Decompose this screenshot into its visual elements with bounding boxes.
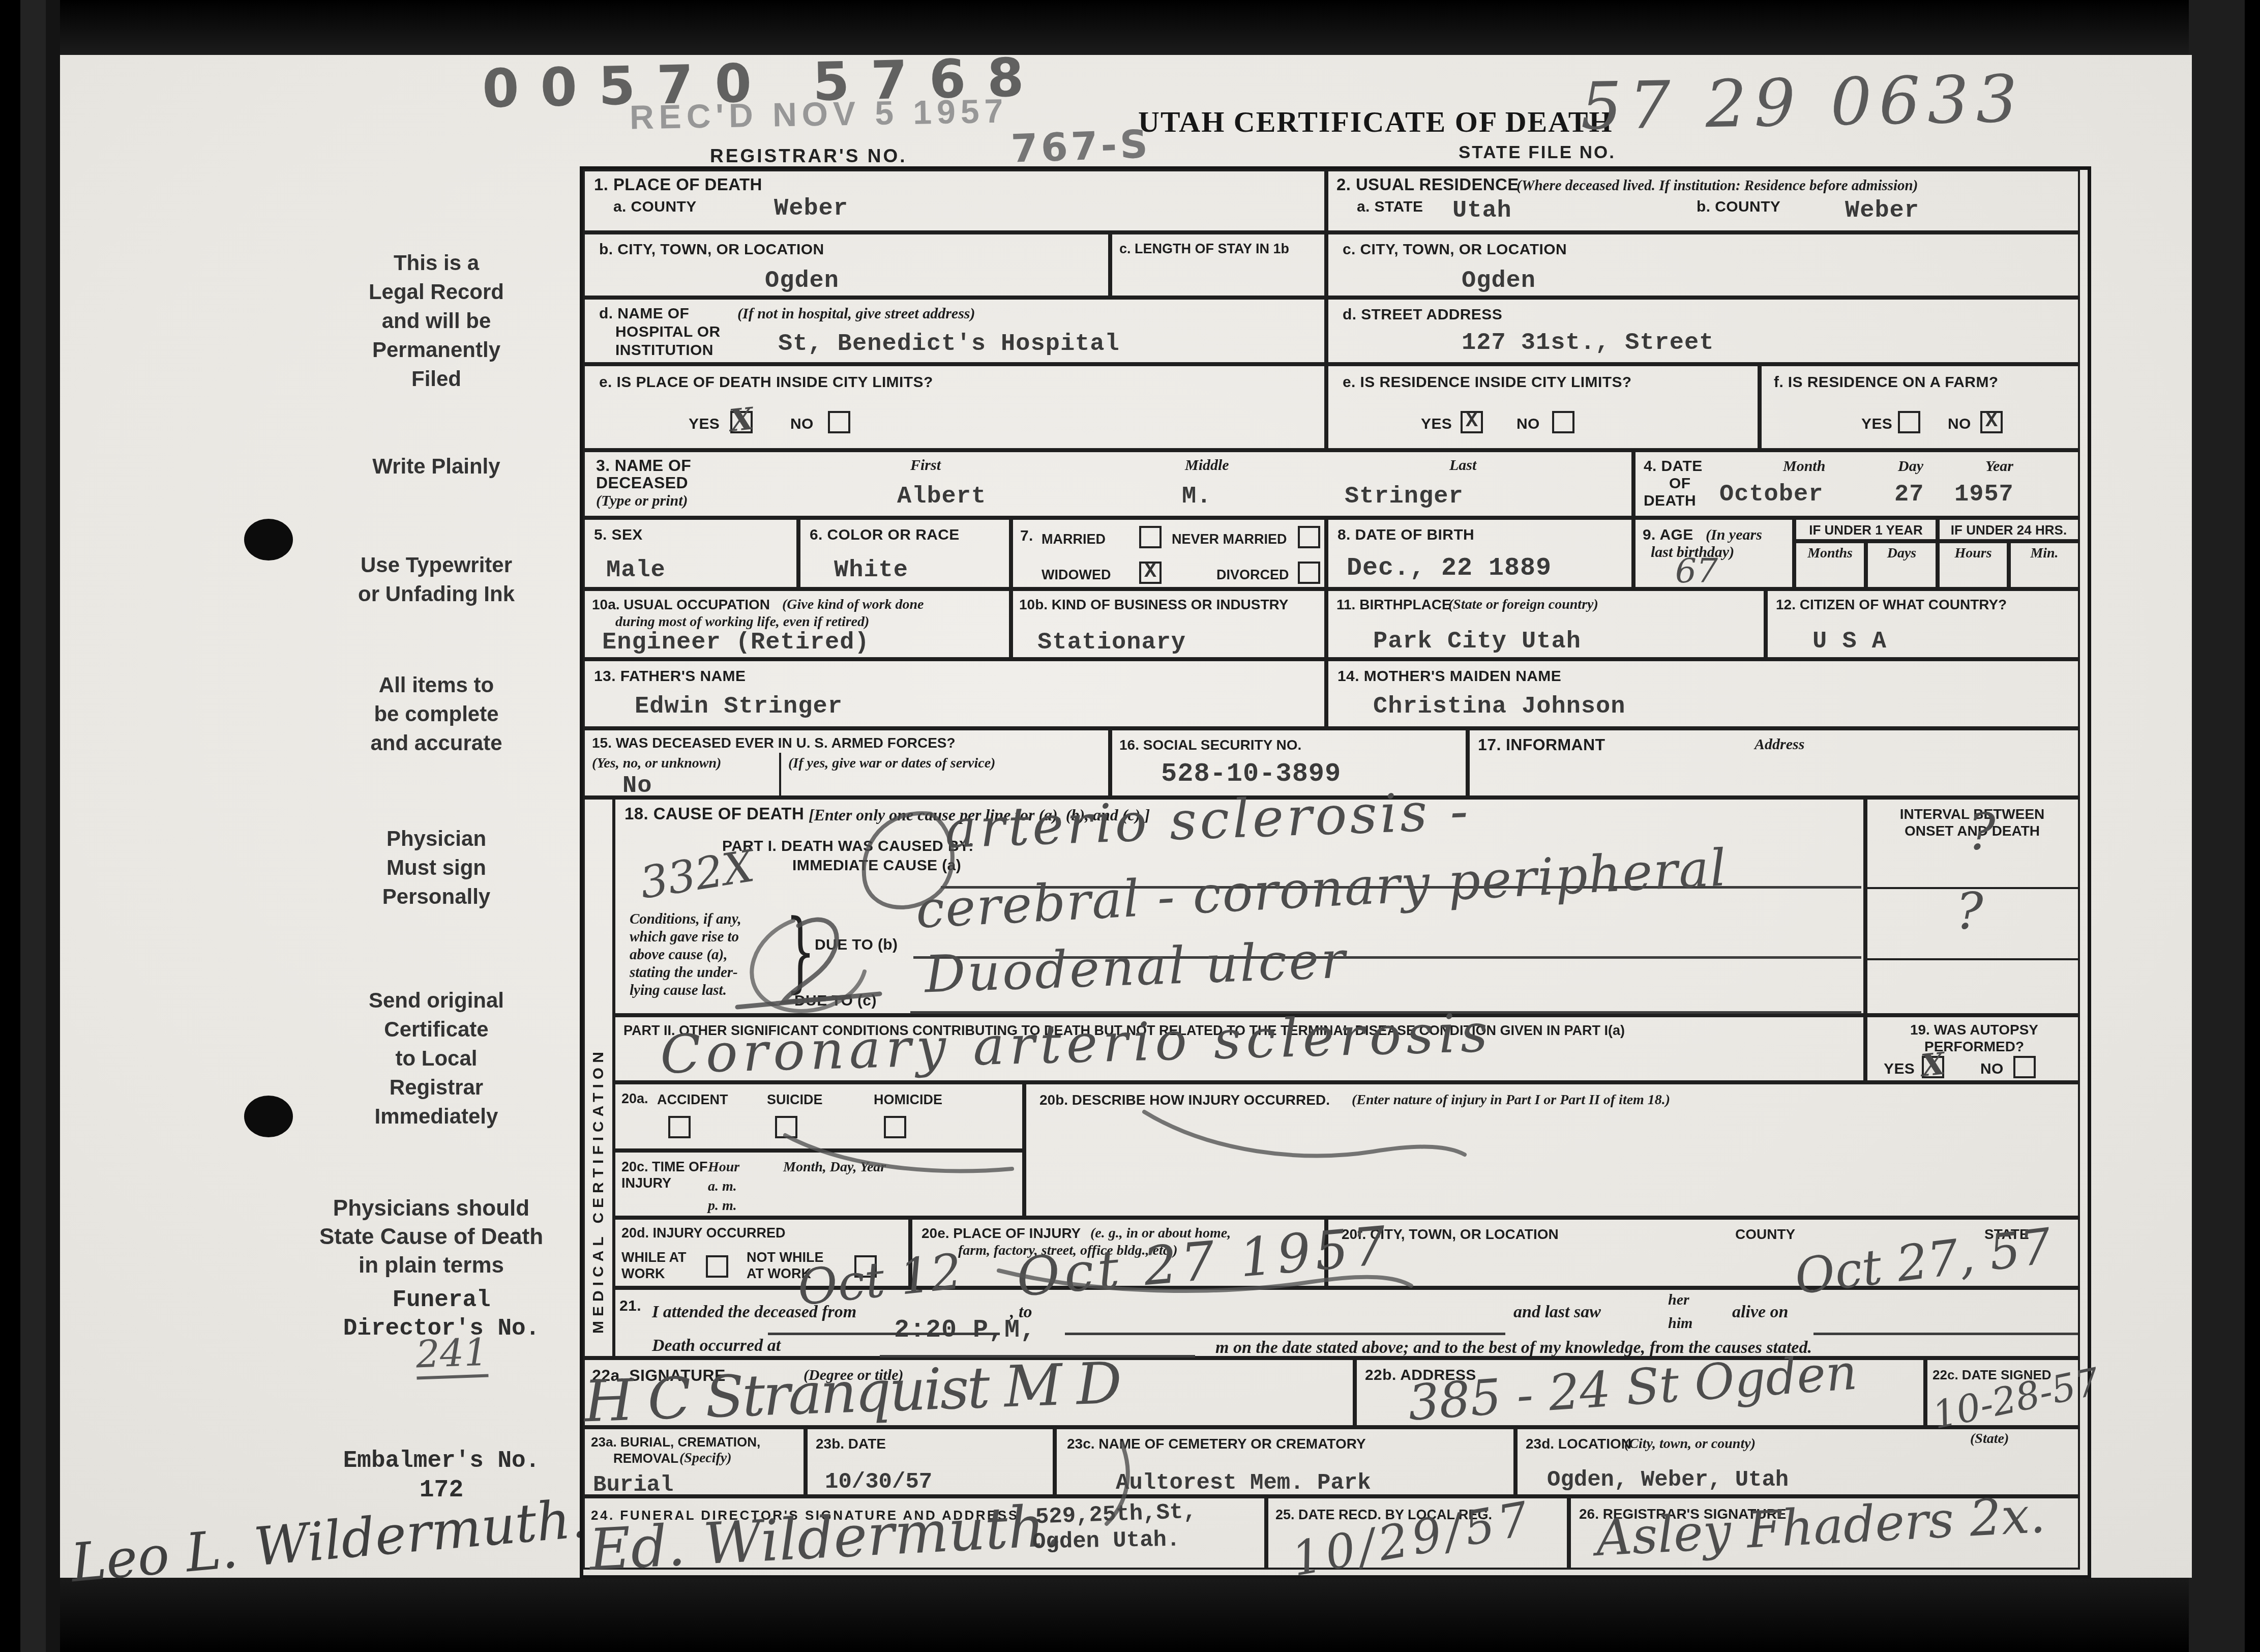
field-8-date-of-birth: 8. DATE OF BIRTH Dec., 22 1889: [1326, 518, 1633, 589]
field-23a-line2b: REMOVAL: [613, 1451, 678, 1466]
medical-certification-label: MEDICAL CERTIFICATION: [590, 830, 607, 1334]
field-2d-label: d. STREET ADDRESS: [1343, 306, 1502, 324]
field-4-label2: OF: [1669, 475, 1690, 493]
field-9-under-1-year-label: IF UNDER 1 YEAR: [1809, 522, 1922, 538]
field-10a-label: 10a. USUAL OCCUPATION: [592, 596, 770, 613]
field-2-subtitle: (Where deceased lived. If institution: R…: [1516, 176, 1918, 195]
field-4-day-header: Day: [1898, 457, 1923, 476]
funeral-director-signature-handwriting: Ed. Wildermuth.: [588, 1504, 1063, 1572]
field-15-value: No: [622, 773, 652, 800]
field-15-label: 15. WAS DECEASED EVER IN U. S. ARMED FOR…: [592, 734, 956, 751]
field-19-no-label: NO: [1980, 1060, 2004, 1078]
attended-from-handwriting: Oct 12: [795, 1250, 964, 1309]
scanner-frame-left: [0, 0, 60, 1652]
field-2e-yes-checkbox[interactable]: X: [1461, 411, 1483, 433]
field-9-label: 9. AGE: [1643, 526, 1693, 544]
field-1d-label3: INSTITUTION: [615, 341, 713, 360]
field-2f-no-mark: X: [1985, 410, 1998, 433]
field-21-text4: alive on: [1732, 1303, 1788, 1321]
field-3-middle-header: Middle: [1185, 456, 1229, 475]
field-21-alive-blank: [1813, 1333, 2078, 1335]
field-7-never-label: NEVER MARRIED: [1172, 531, 1287, 547]
field-18-immediate-label: IMMEDIATE CAUSE (a): [792, 857, 961, 875]
field-1a-value: Weber: [774, 196, 848, 222]
field-3-last-header: Last: [1449, 456, 1476, 475]
field-10a-hint2: during most of working life, even if ret…: [615, 613, 869, 630]
field-3-label1: 3. NAME OF: [596, 456, 691, 475]
field-15-hint2: (If yes, give war or dates of service): [788, 755, 995, 772]
interval-b-handwriting: ?: [1956, 890, 1983, 933]
field-1b-label: b. CITY, TOWN, OR LOCATION: [599, 241, 824, 259]
field-15-armed-forces: 15. WAS DECEASED EVER IN U. S. ARMED FOR…: [583, 728, 1110, 798]
registrar-no-value: 767-S: [1010, 121, 1152, 171]
field-1c-label: c. LENGTH OF STAY IN 1b: [1119, 241, 1289, 257]
field-2f-yes-checkbox[interactable]: [1898, 411, 1920, 433]
field-17-label: 17. INFORMANT: [1478, 735, 1605, 754]
field-1e-yes-checkbox[interactable]: X: [730, 411, 753, 433]
field-9-under-1-year-header: IF UNDER 1 YEAR: [1794, 518, 1938, 541]
field-7-widowed-mark: X: [1144, 560, 1156, 583]
field-7-widowed-checkbox[interactable]: X: [1139, 562, 1162, 584]
field-2f-farm: f. IS RESIDENCE ON A FARM? YES NO X: [1760, 364, 2080, 450]
field-23a-line2i: (Specify): [679, 1450, 732, 1466]
field-2a-label: a. STATE: [1357, 198, 1423, 216]
field-11-hint: (State or foreign country): [1448, 596, 1598, 613]
field-23c-cemetery: 23c. NAME OF CEMETERY OR CREMATORY Aulto…: [1055, 1427, 1515, 1496]
field-1d-hospital: d. NAME OF (If not in hospital, give str…: [583, 298, 1326, 364]
field-9-label-italic1: (In years: [1706, 526, 1762, 544]
field-1e-yes-label: YES: [689, 415, 720, 433]
field-23d-location: 23d. LOCATION (City, town, or county) (S…: [1515, 1427, 2080, 1496]
field-15-divider: [779, 753, 781, 798]
field-18-due-b-label: DUE TO (b): [815, 936, 898, 954]
field-18-brace: }: [785, 901, 815, 1002]
field-7-widowed-label: WIDOWED: [1042, 567, 1111, 583]
funeral-director-address-line2: Ogden Utah.: [1032, 1527, 1180, 1554]
field-1d-label1: d. NAME OF: [599, 305, 689, 323]
margin-note-plain-terms: Physicians should State Cause of Death i…: [228, 1194, 635, 1280]
field-23d-hint: (City, town, or county): [1624, 1435, 1756, 1452]
field-6-value: White: [834, 557, 908, 584]
field-9-min-label: Min.: [2030, 545, 2058, 561]
field-4-label3: DEATH: [1644, 492, 1696, 510]
field-2c-city: c. CITY, TOWN, OR LOCATION Ogden: [1326, 232, 2080, 298]
field-1d-label2: HOSPITAL OR: [615, 323, 721, 341]
field-1e-no-checkbox[interactable]: [828, 411, 850, 433]
margin-note-physician-sign: Physician Must sign Personally: [284, 824, 589, 911]
field-18-part1-label: PART I. DEATH WAS CAUSED BY:: [722, 837, 974, 855]
field-2c-value: Ogden: [1462, 268, 1536, 294]
field-23b-date: 23b. DATE 10/30/57: [806, 1427, 1055, 1496]
field-20e-label: 20e. PLACE OF INJURY: [921, 1225, 1081, 1242]
field-2f-label: f. IS RESIDENCE ON A FARM?: [1774, 373, 1999, 392]
field-2e-yes-mark: X: [1466, 410, 1478, 433]
field-7-marital-status: 7. MARRIED NEVER MARRIED WIDOWED X DIVOR…: [1011, 518, 1326, 589]
field-1e-yes-mark: X: [728, 401, 755, 439]
field-2f-no-label: NO: [1948, 415, 1971, 433]
field-10a-value: Engineer (Retired): [602, 630, 870, 656]
field-23d-state-hint: (State): [1970, 1430, 2009, 1447]
field-4-date-of-death: 4. DATE OF DEATH Month Day Year October …: [1633, 450, 2080, 518]
field-17-informant: 17. INFORMANT Address: [1468, 728, 2080, 798]
field-4-day-value: 27: [1894, 482, 1924, 508]
field-2a-value: Utah: [1452, 198, 1512, 224]
stamp-received-date: REC'D NOV 5 1957: [629, 92, 1008, 137]
field-1e-no-label: NO: [790, 415, 814, 433]
funeral-director-address-line1: 529,25th,St,: [1035, 1499, 1197, 1529]
field-2e-yes-label: YES: [1421, 415, 1452, 433]
field-21-her: her: [1668, 1291, 1689, 1309]
field-3-name-of-deceased: 3. NAME OF DECEASED (Type or print) Firs…: [583, 450, 1633, 518]
scanner-frame-right: [2189, 0, 2260, 1652]
field-19-label: 19. WAS AUTOPSY PERFORMED?: [1872, 1021, 2076, 1055]
physician-signature-handwriting: H C Stranquist M D: [583, 1362, 1121, 1424]
field-9-under-24-hrs-header: IF UNDER 24 HRS.: [1938, 518, 2080, 541]
interval-a-handwriting: ?: [1968, 811, 1996, 853]
field-2e-city-limits: e. IS RESIDENCE INSIDE CITY LIMITS? YES …: [1326, 364, 1760, 450]
field-7-never-checkbox[interactable]: [1298, 526, 1320, 548]
field-7-label: 7.: [1020, 527, 1033, 545]
field-5-label: 5. SEX: [594, 526, 643, 544]
scanned-death-certificate: 00570 5768 REC'D NOV 5 1957 REGISTRAR'S …: [0, 0, 2260, 1652]
field-6-color-or-race: 6. COLOR OR RACE White: [798, 518, 1011, 589]
field-9-min: Min.: [2009, 541, 2080, 589]
field-2e-no-label: NO: [1516, 415, 1540, 433]
field-1-title: 1. PLACE OF DEATH: [594, 175, 762, 194]
death-time-typed: 2:20 P,M,: [894, 1317, 1036, 1344]
field-4-year-header: Year: [1985, 457, 2013, 476]
field-21-him: him: [1668, 1314, 1692, 1333]
field-13-label: 13. FATHER'S NAME: [594, 667, 746, 686]
field-2-title: 2. USUAL RESIDENCE: [1336, 175, 1519, 194]
field-20a-suicide-label: SUICIDE: [767, 1091, 823, 1108]
field-2d-street-address: d. STREET ADDRESS 127 31st., Street: [1326, 298, 2080, 364]
field-14-value: Christina Johnson: [1373, 694, 1625, 720]
field-5-sex: 5. SEX Male: [583, 518, 798, 589]
field-11-birthplace: 11. BIRTHPLACE (State or foreign country…: [1326, 589, 1766, 659]
field-13-fathers-name: 13. FATHER'S NAME Edwin Stringer: [583, 659, 1326, 728]
field-2c-label: c. CITY, TOWN, OR LOCATION: [1343, 241, 1567, 259]
field-23c-value: Aultorest Mem. Park: [1116, 1471, 1371, 1495]
field-20c-time-of-injury: 20c. TIME OF INJURY Hour a. m. p. m. Mon…: [613, 1150, 1024, 1218]
interval-divider-b: [1867, 958, 2078, 960]
certificate-paper: 00570 5768 REC'D NOV 5 1957 REGISTRAR'S …: [60, 55, 2192, 1578]
field-23b-value: 10/30/57: [825, 1470, 932, 1494]
field-19-no-checkbox[interactable]: [2013, 1056, 2036, 1078]
field-19-autopsy: 19. WAS AUTOPSY PERFORMED? YES X NO: [1865, 1015, 2080, 1082]
field-20c-am: a. m.: [708, 1178, 737, 1195]
field-12-citizen: 12. CITIZEN OF WHAT COUNTRY? U S A: [1766, 589, 2080, 659]
margin-note-write-plainly: Write Plainly: [284, 452, 589, 481]
field-4-month-header: Month: [1783, 457, 1825, 476]
funeral-director-no-value: 241: [415, 1331, 488, 1380]
field-1e-label: e. IS PLACE OF DEATH INSIDE CITY LIMITS?: [599, 373, 933, 392]
field-10a-occupation: 10a. USUAL OCCUPATION (Give kind of work…: [583, 589, 1011, 659]
field-2f-no-checkbox[interactable]: X: [1980, 411, 2003, 433]
field-23a-value: Burial: [593, 1473, 673, 1497]
field-6-label: 6. COLOR OR RACE: [810, 526, 960, 544]
field-7-divorced-label: DIVORCED: [1216, 567, 1289, 583]
field-20c-pm: p. m.: [708, 1197, 737, 1214]
field-9-days: Days: [1866, 541, 1938, 589]
field-21-number: 21.: [619, 1297, 641, 1315]
margin-note-typewriter: Use Typewriter or Unfading Ink: [263, 550, 609, 608]
field-9-months: Months: [1794, 541, 1866, 589]
field-19-yes-label: YES: [1884, 1060, 1915, 1078]
field-7-married-label: MARRIED: [1042, 531, 1106, 547]
field-20c-hour: Hour: [708, 1159, 739, 1175]
field-9-months-label: Months: [1807, 545, 1853, 561]
field-2-usual-residence: 2. USUAL RESIDENCE (Where deceased lived…: [1326, 169, 2080, 232]
field-14-mothers-maiden-name: 14. MOTHER'S MAIDEN NAME Christina Johns…: [1326, 659, 2080, 728]
field-9-value: 67: [1675, 551, 1718, 591]
field-1b-city: b. CITY, TOWN, OR LOCATION Ogden: [583, 232, 1110, 298]
field-20c-label: 20c. TIME OF INJURY: [621, 1159, 708, 1191]
field-12-label: 12. CITIZEN OF WHAT COUNTRY?: [1776, 596, 2007, 613]
field-20b-label: 20b. DESCRIBE HOW INJURY OCCURRED.: [1039, 1091, 1330, 1108]
field-13-value: Edwin Stringer: [635, 694, 843, 720]
field-4-label1: 4. DATE: [1644, 457, 1703, 476]
margin-note-complete: All items to be complete and accurate: [284, 670, 589, 757]
field-9-hours: Hours: [1938, 541, 2009, 589]
field-2d-value: 127 31st., Street: [1462, 330, 1714, 357]
field-9-under-24-label: IF UNDER 24 HRS.: [1951, 522, 2067, 538]
part2-handwriting: Coronary arterio sclerosis: [660, 1012, 1493, 1076]
field-17-address-label: Address: [1755, 735, 1804, 754]
field-20a-manner: 20a. ACCIDENT SUICIDE HOMICIDE: [613, 1082, 1024, 1150]
field-11-value: Park City Utah: [1373, 629, 1581, 655]
field-7-divorced-checkbox[interactable]: [1298, 562, 1320, 584]
scanner-frame-top: [0, 0, 2260, 55]
field-18-due-c-label: DUE TO (c): [794, 992, 877, 1010]
field-18-title: 18. CAUSE OF DEATH: [625, 805, 804, 823]
field-4-month-value: October: [1719, 482, 1823, 508]
field-3-first-value: Albert: [897, 484, 986, 510]
field-21-text5: Death occurred at: [652, 1337, 781, 1355]
field-23d-label: 23d. LOCATION: [1526, 1435, 1631, 1452]
field-20d-while-checkbox[interactable]: [706, 1255, 728, 1278]
field-8-label: 8. DATE OF BIRTH: [1337, 526, 1474, 544]
registrar-no-label: REGISTRAR'S NO.: [710, 145, 907, 167]
embalmers-no-label: Embalmer's No.: [284, 1448, 599, 1474]
state-file-no-label: STATE FILE NO.: [1459, 142, 1616, 163]
field-23a-burial: 23a. BURIAL, CREMATION, REMOVAL (Specify…: [583, 1427, 806, 1496]
field-20a-label: 20a.: [621, 1090, 648, 1107]
cause-a-handwriting: arterio sclerosis -: [944, 789, 1472, 850]
field-9-hours-label: Hours: [1954, 545, 1991, 561]
field-20a-suicide-checkbox[interactable]: [775, 1116, 797, 1138]
field-20b-describe-injury: 20b. DESCRIBE HOW INJURY OCCURRED. (Ente…: [1024, 1082, 2080, 1218]
field-21-to-blank: [1065, 1333, 1505, 1335]
field-19-yes-checkbox[interactable]: X: [1922, 1056, 1944, 1078]
field-1d-value: St, Benedict's Hospital: [778, 331, 1120, 358]
field-3-last-value: Stringer: [1345, 484, 1464, 510]
field-10b-value: Stationary: [1037, 630, 1186, 656]
field-16-label: 16. SOCIAL SECURITY NO.: [1119, 736, 1301, 753]
scanner-frame-bottom: [0, 1577, 2260, 1652]
field-14-label: 14. MOTHER'S MAIDEN NAME: [1337, 667, 1561, 686]
field-10a-hint1: (Give kind of work done: [782, 596, 924, 613]
field-20b-hint: (Enter nature of injury in Part I or Par…: [1352, 1091, 1670, 1108]
margin-note-legal-record: This is a Legal Record and will be Perma…: [284, 248, 589, 393]
field-20a-accident-label: ACCIDENT: [657, 1091, 728, 1108]
field-10b-label: 10b. KIND OF BUSINESS OR INDUSTRY: [1019, 596, 1288, 613]
field-2b-value: Weber: [1845, 198, 1919, 224]
field-2e-label: e. IS RESIDENCE INSIDE CITY LIMITS?: [1343, 373, 1632, 392]
field-20a-accident-checkbox[interactable]: [668, 1116, 691, 1138]
field-19-yes-mark: X: [1919, 1046, 1947, 1084]
field-23c-label: 23c. NAME OF CEMETERY OR CREMATORY: [1067, 1435, 1366, 1452]
field-23d-value: Ogden, Weber, Utah: [1547, 1468, 1789, 1492]
field-1c-length-of-stay: c. LENGTH OF STAY IN 1b: [1110, 232, 1326, 298]
field-1d-hint: (If not in hospital, give street address…: [737, 305, 975, 323]
field-1b-value: Ogden: [765, 268, 839, 294]
field-9-days-label: Days: [1887, 545, 1917, 561]
field-12-value: U S A: [1812, 629, 1887, 655]
field-20a-homicide-checkbox[interactable]: [884, 1116, 906, 1138]
field-3-middle-value: M.: [1182, 484, 1211, 510]
state-file-no-value: 57 29 0633: [1580, 61, 2025, 144]
field-2e-no-checkbox[interactable]: [1552, 411, 1574, 433]
punch-hole-top: [244, 519, 293, 560]
field-1-place-of-death: 1. PLACE OF DEATH a. COUNTY Weber: [583, 169, 1326, 232]
field-18-conditions-label: Conditions, if any, which gave rise to a…: [630, 910, 741, 999]
field-5-value: Male: [606, 557, 666, 584]
field-10b-industry: 10b. KIND OF BUSINESS OR INDUSTRY Statio…: [1011, 589, 1326, 659]
field-20f-county-label: COUNTY: [1735, 1226, 1795, 1243]
field-20c-mdy: Month, Day, Year: [783, 1159, 886, 1175]
field-4-year-value: 1957: [1954, 482, 2014, 508]
field-20d-label: 20d. INJURY OCCURRED: [621, 1225, 786, 1241]
field-1e-city-limits: e. IS PLACE OF DEATH INSIDE CITY LIMITS?…: [583, 364, 1326, 450]
cause-c-handwriting: Duodenal ulcer: [924, 939, 1348, 996]
field-2b-label: b. COUNTY: [1697, 198, 1780, 216]
field-20d-while-label: WHILE AT WORK: [621, 1249, 686, 1282]
field-3-first-header: First: [910, 456, 941, 475]
field-21-text3: and last saw: [1513, 1303, 1601, 1321]
page-title: UTAH CERTIFICATE OF DEATH: [1138, 105, 1613, 139]
field-8-value: Dec., 22 1889: [1347, 555, 1552, 582]
field-3-label2: DECEASED: [596, 474, 688, 492]
punch-hole-bottom: [244, 1096, 293, 1137]
field-11-label: 11. BIRTHPLACE: [1336, 596, 1451, 613]
field-3-label3: (Type or print): [596, 492, 688, 510]
margin-note-send-original: Send original Certificate to Local Regis…: [284, 986, 589, 1131]
field-15-hint1: (Yes, no, or unknown): [592, 755, 721, 772]
field-16-value: 528-10-3899: [1161, 761, 1341, 787]
field-9-age: 9. AGE (In years last birthday) 67: [1633, 518, 1794, 589]
field-7-married-checkbox[interactable]: [1139, 526, 1162, 548]
medical-certification-strip: MEDICAL CERTIFICATION: [583, 798, 614, 1358]
field-2f-yes-label: YES: [1861, 415, 1892, 433]
field-1a-label: a. COUNTY: [613, 198, 697, 216]
field-23a-line1: 23a. BURIAL, CREMATION,: [591, 1434, 760, 1450]
field-23b-label: 23b. DATE: [816, 1435, 886, 1452]
field-20a-homicide-label: HOMICIDE: [874, 1091, 942, 1108]
